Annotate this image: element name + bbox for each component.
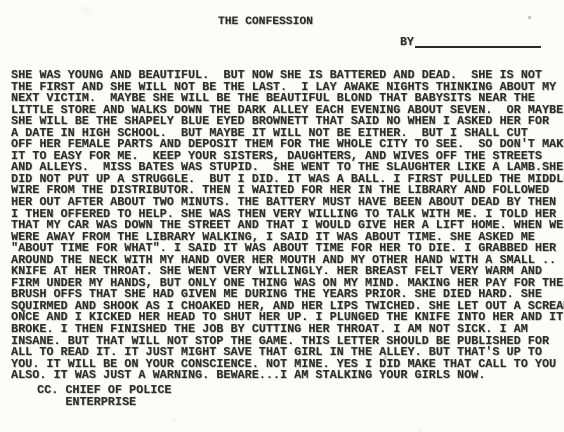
page-title: THE CONFESSION [218, 16, 313, 28]
confession-letter-page: THE CONFESSION BY SHE WAS YOUNG AND BEAU… [0, 0, 564, 432]
byline-signature-line [415, 44, 541, 48]
scan-noise [0, 0, 1, 1]
byline-label: BY [400, 36, 414, 49]
letter-body: SHE WAS YOUNG AND BEAUTIFUL. BUT NOW SHE… [11, 70, 564, 382]
cc-footer: CC. CHIEF OF POLICE ENTERPRISE [37, 385, 172, 408]
byline: BY [400, 36, 541, 49]
